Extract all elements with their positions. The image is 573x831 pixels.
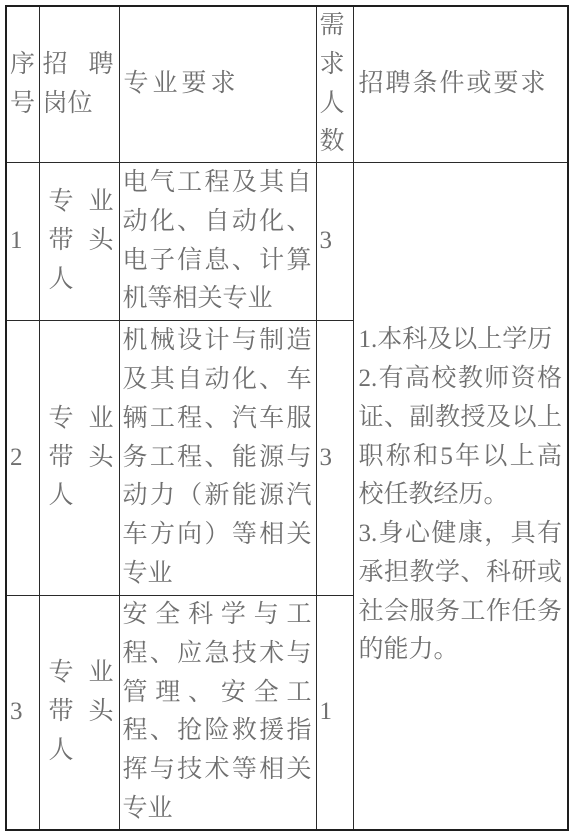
table-row-1: 1 专业带头人 电气工程及其自动化、自动化、电子信息、计算机等相关专业 3 1.…: [6, 163, 568, 321]
recruitment-table: 序号 招聘岗位 专业要求 需求人数 招聘条件或要求 1 专业带头人 电气工程及其…: [5, 5, 569, 831]
cell-serial-3: 3: [6, 596, 39, 830]
header-headcount: 需求人数: [316, 6, 353, 163]
cell-headcount-1: 3: [316, 163, 353, 321]
header-position: 招聘岗位: [39, 6, 119, 163]
header-serial-number: 序号: [6, 6, 39, 163]
cell-headcount-3: 1: [316, 596, 353, 830]
header-major-requirements: 专业要求: [119, 6, 316, 163]
header-conditions: 招聘条件或要求: [353, 6, 568, 163]
cell-conditions-merged: 1.本科及以上学历 2.有高校教师资格证、副教授及以上职称和5年以上高校任教经历…: [353, 163, 568, 830]
cell-serial-1: 1: [6, 163, 39, 321]
cell-position-1: 专业带头人: [39, 163, 119, 321]
cell-major-1: 电气工程及其自动化、自动化、电子信息、计算机等相关专业: [119, 163, 316, 321]
cell-major-3: 安全科学与工程、应急技术与管理、安全工程、抢险救援指挥与技术等相关专业: [119, 596, 316, 830]
cell-major-2: 机械设计与制造及其自动化、车辆工程、汽车服务工程、能源与动力（新能源汽车方向）等…: [119, 321, 316, 596]
condition-item-1: 1.本科及以上学历: [359, 321, 563, 360]
header-row: 序号 招聘岗位 专业要求 需求人数 招聘条件或要求: [6, 6, 568, 163]
condition-item-2: 2.有高校教师资格证、副教授及以上职称和5年以上高校任教经历。: [359, 360, 563, 515]
condition-item-3: 3.身心健康，具有承担教学、科研或社会服务工作任务的能力。: [359, 515, 563, 670]
cell-headcount-2: 3: [316, 321, 353, 596]
cell-position-3: 专业带头人: [39, 596, 119, 830]
cell-position-2: 专业带头人: [39, 321, 119, 596]
cell-serial-2: 2: [6, 321, 39, 596]
